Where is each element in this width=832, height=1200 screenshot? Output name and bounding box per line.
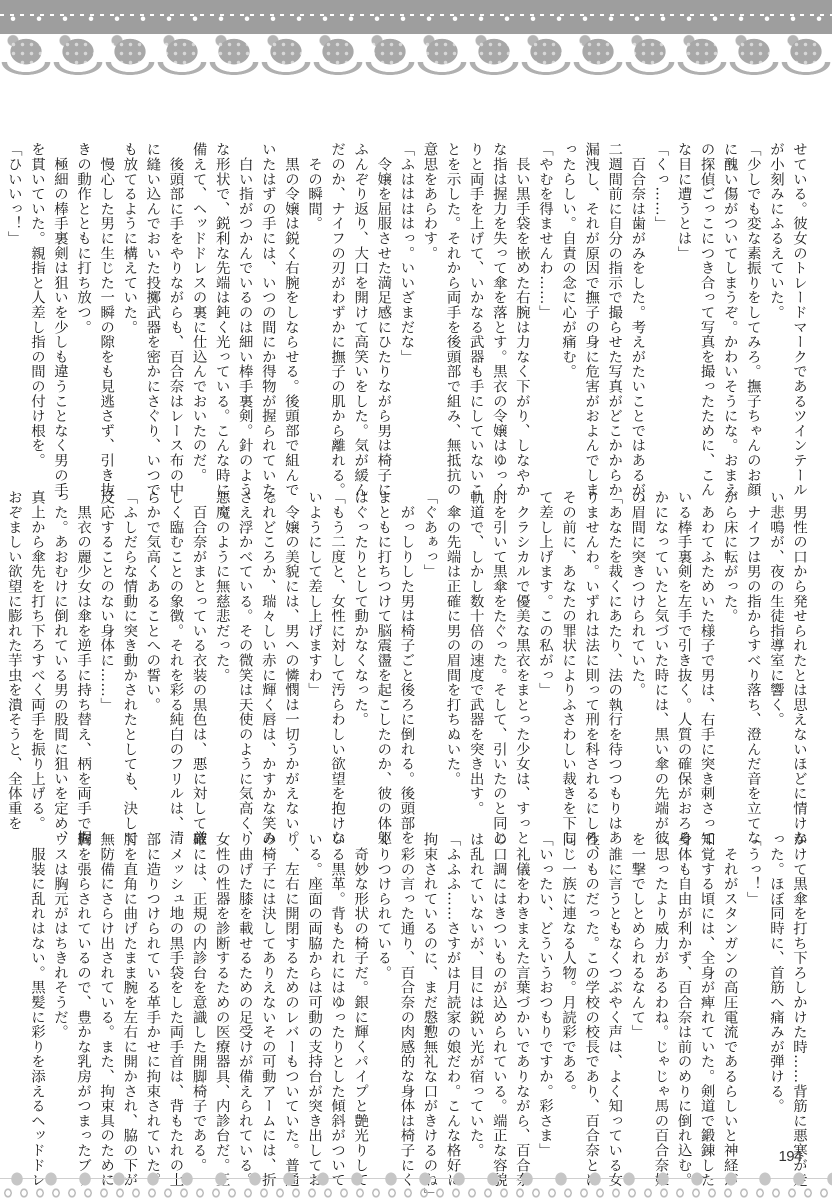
text-column: 傘の先端は正確に男の眉間を打ちぬいた。 xyxy=(441,490,464,790)
text-column: いたはずの手には、いつの間にか得物が握られていた。 xyxy=(256,142,279,442)
text-column: 百合奈は歯がみをした。考えがたいことではあるが、 xyxy=(625,142,648,442)
text-column: は乱れていないが、目には鋭い光が宿っていた。 xyxy=(464,832,487,1132)
text-column: りませんわ。いずれは法に則って刑を科されるにしろ、 xyxy=(579,490,602,790)
text-column: り曲げた膝を載せるための足受けが備えられている。 xyxy=(233,832,256,1132)
text-column: の眉間に突きつけられていた。 xyxy=(625,490,648,790)
text-column: それどころか、瑞々しい赤に輝く唇は、かすかな笑み xyxy=(256,490,279,790)
text-column: だのか、ナイフの刃がわずかに撫子の肌から離れる。 xyxy=(325,142,348,442)
text-column: 百合奈がまとっている衣装の黒色は、悪に対して厳 xyxy=(186,490,209,790)
text-column: らかで気高くあることへの誓い。 xyxy=(140,490,163,790)
lace-band xyxy=(0,0,832,34)
text-column: 拘束されているのに、まだ慇懃無礼な口がきけるのね」 xyxy=(417,832,440,1132)
text-column: 性のものだった。この学校の校長であり、百合奈とは xyxy=(579,832,602,1132)
text-column: クラシカルで優美な黒衣をまとった少女は、すっと xyxy=(510,490,533,790)
text-column: 意思をあらわす。 xyxy=(417,142,440,442)
text-column: 胸を張らされているので、豊かな乳房がつまったブラ xyxy=(71,832,94,1132)
text-column: の椅子には決してありえないその可動アームには、折 xyxy=(256,832,279,1132)
text-column: に縫い込んでおいた投擲武器を密かにさぐり、いつで xyxy=(140,142,163,442)
text-column: せている。彼女のトレードマークであるツインテール xyxy=(787,142,810,442)
text-column: 慢心した男に生じた一瞬の隙をも見逃さず、引き抜 xyxy=(94,142,117,442)
text-column: 奇妙な形状の椅子だ。銀に輝くパイプと艶光りして xyxy=(348,832,371,1132)
text-column: 彩の言った通り、百合奈の肉感的な身体は椅子にく xyxy=(394,832,417,1132)
text-column: とを示した。それから両手を後頭部で組み、無抵抗の xyxy=(441,142,464,442)
text-column: ウスは胸元がはちきれそうだ。 xyxy=(48,832,71,1132)
text-column: 令嬢の美貌には、男への憐憫は一切うかがえない。 xyxy=(279,490,302,790)
text-column: り、左右に開閉するためのレバーもついていた。普通 xyxy=(279,832,302,1132)
text-column: 軌道で、しかし数十倍の速度で武器を突き出す。 xyxy=(464,490,487,790)
text-column: 「ふははははっ。いいざまだな」 xyxy=(394,142,417,442)
text-column: いる黒革。背もたれにはゆったりとした傾斜がついて xyxy=(325,832,348,1132)
text-column: その瞬間。 xyxy=(302,142,325,442)
text-column: な目に遭うとは」 xyxy=(671,142,694,442)
text-column: おぞましい欲望に膨れた芋虫を潰そうと、全体重を xyxy=(2,490,25,790)
text-column: 無防備にさらけ出されている。また、拘束具のために xyxy=(94,832,117,1132)
text-column: な形状で、鋭利な先端は鈍く光っている。こんな時に xyxy=(210,142,233,442)
text-column: ったらしい。自責の念に心が痛む。 xyxy=(556,142,579,442)
text-column: 反応することのない身体に……」 xyxy=(94,490,117,790)
text-tier-lower: かけて黒傘を打ち下ろしかけた時……背筋に悪寒が走った。ほぼ同時に、首筋へ痛みが弾… xyxy=(68,832,810,1132)
text-column: 白い指がつかんでいるのは細い棒手裏剣。針のよう xyxy=(233,142,256,442)
text-column: かになっていたと気づいた時には、黒い傘の先端が彼 xyxy=(648,490,671,790)
text-column: 「ふしだらな情動に突き動かされたとしても、決して xyxy=(117,490,140,790)
text-column: まともに打ちつけて脳震盪を起こしたのか、彼の体躯 xyxy=(371,490,394,790)
text-column: 備えて、ヘッドドレスの裏に仕込んでおいたのだ。 xyxy=(186,142,209,442)
text-column: がっしりした男は椅子ごと後ろに倒れる。後頭部を xyxy=(394,490,417,790)
text-column: ナイフは男の指からすべり落ち、澄んだ音を立てな xyxy=(741,490,764,790)
text-column: いる。座面の両脇からは可動の支持台が突き出してお xyxy=(302,832,325,1132)
text-column: の探偵ごっこにつき合って写真を撮ったために、こん xyxy=(695,142,718,442)
text-column: 漏洩し、それが原因で撫子の身に危害がおよんでしま xyxy=(579,142,602,442)
text-column: て差し上げます。この私がっ」 xyxy=(533,490,556,790)
text-column: 部に造りつけられている革手かせに拘束されていた。 xyxy=(140,832,163,1132)
text-column: の口調にはきついものが込められている。端正な容貌 xyxy=(487,832,510,1132)
text-column: 礼儀をわきまえた言葉づかいでありながら、百合奈 xyxy=(510,832,533,1132)
text-column: 知覚する頃には、全身が痺れていた。剣道で鍛錬した xyxy=(695,832,718,1132)
text-column: 男性の口から発せられたとは思えないほどに情けな xyxy=(787,490,810,790)
text-tier-middle: 男性の口から発せられたとは思えないほどに情けない悲鳴が、夜の生徒指導室に響く。 … xyxy=(68,490,810,790)
text-column: 「ふふふ……さすがは月読家の娘だわ。こんな格好に xyxy=(441,832,464,1132)
text-column: 真上から傘先を打ち下ろすべく両手を振り上げる。 xyxy=(25,490,48,790)
text-column: メッシュ地の黒手袋をした両手首は、背もたれの上 xyxy=(163,832,186,1132)
text-column: 「ひいいっ！」 xyxy=(2,142,25,442)
text-column: った。ほぼ同時に、首筋へ痛みが弾ける。 xyxy=(764,832,787,1132)
text-column: ふんぞり返り、大口を開けて高笑いをした。気が緩ん xyxy=(348,142,371,442)
text-column: った。あおむけに倒れている男の股間に狙いを定め、 xyxy=(48,490,71,790)
text-column: 「やむを得ませんわ……」 xyxy=(533,142,556,442)
text-column: 極細の棒手裏剣は狙いを少しも違うことなく男の手 xyxy=(48,142,71,442)
text-column: かけて黒傘を打ち下ろしかけた時……背筋に悪寒が走 xyxy=(787,832,810,1132)
text-column: 同じ一族に連なる人物。月読彩である。 xyxy=(556,832,579,1132)
text-column: がら床に転がった。 xyxy=(718,490,741,790)
text-tier-upper: せている。彼女のトレードマークであるツインテールが小刻みにふるえていた。「少しで… xyxy=(68,142,810,442)
text-column: 後頭部に手をやりながらも、百合奈はレース布の中 xyxy=(163,142,186,442)
text-column: いる棒手裏剣を左手で引き抜く。人質の確保がおろそ xyxy=(671,490,694,790)
text-column: い悲鳴が、夜の生徒指導室に響く。 xyxy=(764,490,787,790)
text-column: 女性の性器を診断するための医療器具、内診台だ。正 xyxy=(210,832,233,1132)
text-column: に醜い傷がついてしまうぞ。かわいそうにな。おまえ xyxy=(718,142,741,442)
text-column: 「ぐあぁっ」 xyxy=(417,490,440,790)
lace-border-bottom xyxy=(0,1168,832,1200)
text-column: さえ浮かべている。その微笑は天使のように気高く、 xyxy=(233,490,256,790)
lace-border-top xyxy=(0,0,832,96)
text-column: 悪魔のように無慈悲だった。 xyxy=(210,490,233,790)
text-column: 身体も自由が利かず、百合奈は前のめりに倒れ込む。 xyxy=(671,832,694,1132)
text-column: 誰に言うともなくつぶやく声は、よく知っている女 xyxy=(602,832,625,1132)
text-column: きの動作とともに打ち放つ。 xyxy=(71,142,94,442)
text-column: くりつけられている。 xyxy=(371,832,394,1132)
text-column: を一撃でしとめられるなんて」 xyxy=(625,832,648,1132)
text-column: を貫いていた。親指と人差し指の間の付け根を。 xyxy=(25,142,48,442)
text-column: しく臨むことの象徴。それを彩る純白のフリルは、清 xyxy=(163,490,186,790)
lace-scallop-edge xyxy=(0,62,832,92)
text-column: それがスタンガンの高圧電流であるらしいと神経が xyxy=(718,832,741,1132)
page-number: 194 xyxy=(778,1148,802,1165)
text-column: 「あなたを裁くにあたり、法の執行を待つつもりはあ xyxy=(602,490,625,790)
text-column: 「いったい、どういうおつもりですか。彩さま」 xyxy=(533,832,556,1132)
text-column: 黒の令嬢は鋭く右腕をしならせる。後頭部で組んで xyxy=(279,142,302,442)
text-column: が小刻みにふるえていた。 xyxy=(764,142,787,442)
text-column: 二週間前に自分の指示で撮らせた写真がどこかからか xyxy=(602,142,625,442)
text-column: も放てるように構えていた。 xyxy=(117,142,140,442)
text-column: 確には、正規の内診台を意識した開脚椅子である。 xyxy=(186,832,209,1132)
text-column: その前に、あなたの罪状によりふさわしい裁きを下し xyxy=(556,490,579,790)
lace-loop-row xyxy=(0,1186,832,1200)
text-column: 肘を引いて黒傘をたぐった。そして、引いたのと同じ xyxy=(487,490,510,790)
text-column: 「思ったより威力があるわね。じゃじゃ馬の百合奈姫 xyxy=(648,832,671,1132)
text-column: 「少しでも変な素振りをしてみろ。撫子ちゃんのお顔 xyxy=(741,142,764,442)
text-column: はぐったりとして動かなくなった。 xyxy=(348,490,371,790)
text-column: な指は握力を失って傘を落とす。黒衣の令嬢はゆっく xyxy=(487,142,510,442)
text-column: 「うっ！」 xyxy=(741,832,764,1132)
lace-flower-row xyxy=(0,1168,832,1188)
text-column: 長い黒手袋を嵌めた右腕は力なく下がり、しなやか xyxy=(510,142,533,442)
text-column: 服装に乱れはない。黒髪に彩りを添えるヘッドドレ xyxy=(25,832,48,1132)
text-column: 「もう二度と、女性に対して汚らわしい欲望を抱けな xyxy=(325,490,348,790)
text-column: あわてふためいた様子で男は、右手に突き刺さって xyxy=(695,490,718,790)
text-column: 黒衣の麗少女は傘を逆手に持ち替え、柄を両手で握 xyxy=(71,490,94,790)
text-column: 「くっ……」 xyxy=(648,142,671,442)
text-column: 令嬢を屈服させた満足感にひたりながら男は椅子に xyxy=(371,142,394,442)
text-column: いようにして差し上げますわ」 xyxy=(302,490,325,790)
text-column: りと両手を上げて、いかなる武器も手にしていないこ xyxy=(464,142,487,442)
text-column: 肘を直角に曲げたまま腕を左右に開かされ、脇の下が xyxy=(117,832,140,1132)
